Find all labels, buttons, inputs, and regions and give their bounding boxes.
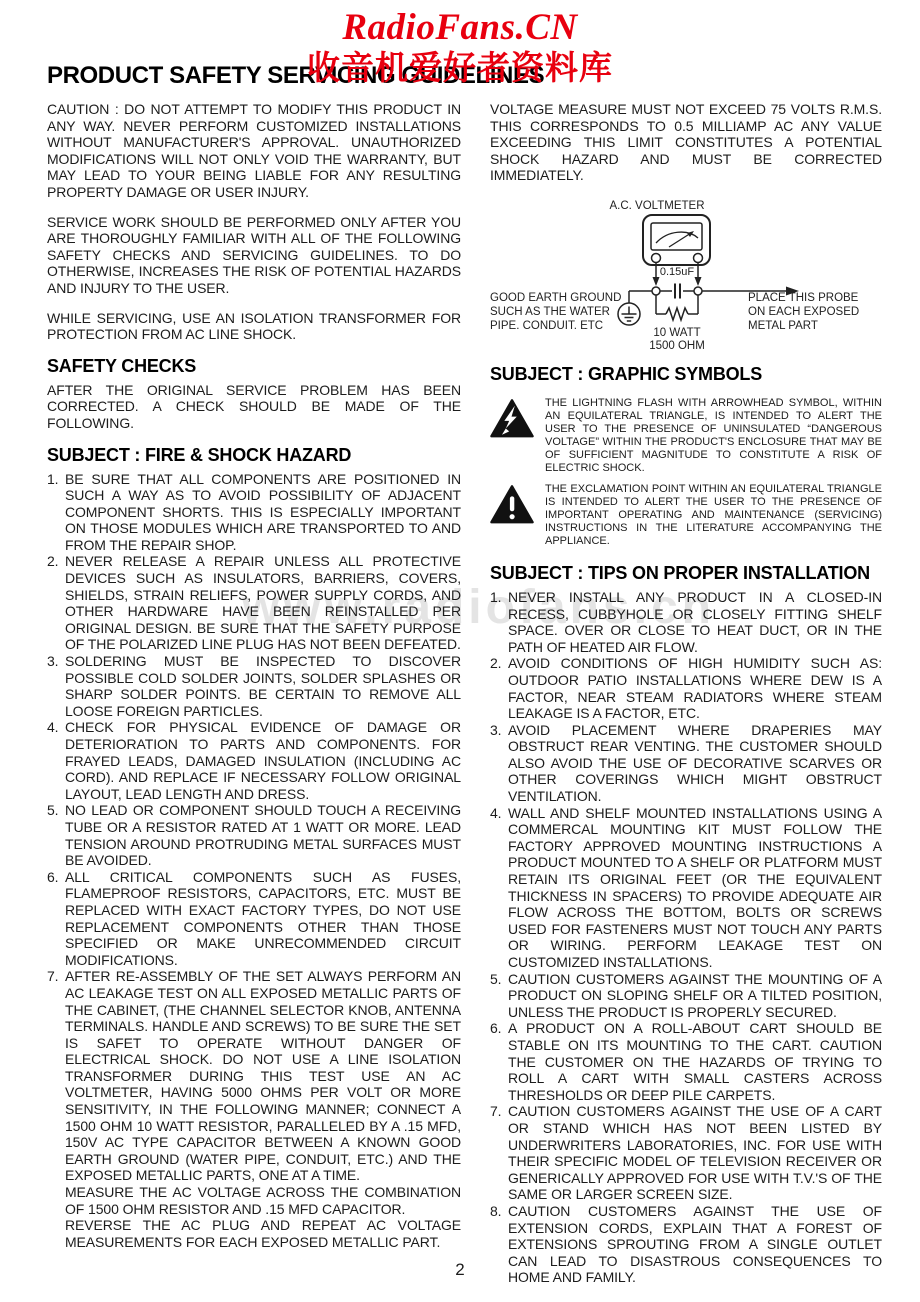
list-item: 5. CAUTION CUSTOMERS AGAINST THE MOUNTIN… [490,971,882,1021]
exclamation-symbol-text: THE EXCLAMATION POINT WITHIN AN EQUILATE… [545,483,882,548]
safety-checks-body: AFTER THE ORIGINAL SERVICE PROBLEM HAS B… [47,382,461,432]
capacitor-label: 0.15uF [660,266,695,278]
list-item: 6. ALL CRITICAL COMPONENTS SUCH AS FUSES… [47,869,461,969]
graphic-symbols-heading: SUBJECT : GRAPHIC SYMBOLS [490,364,882,385]
fire-shock-heading: SUBJECT : FIRE & SHOCK HAZARD [47,445,461,466]
item-text: A PRODUCT ON A ROLL-ABOUT CART SHOULD BE… [508,1020,882,1103]
ground-label: SUCH AS THE WATER [490,306,610,318]
item-text: NEVER INSTALL ANY PRODUCT IN A CLOSED-IN… [508,589,882,655]
fire-shock-list: 1. BE SURE THAT ALL COMPONENTS ARE POSIT… [47,471,461,1251]
item-number: 5. [490,971,501,988]
item-text: SOLDERING MUST BE INSPECTED TO DISCOVER … [65,653,461,719]
item-text: CAUTION CUSTOMERS AGAINST THE MOUNTING O… [508,971,882,1021]
ac-leakage-test-diagram: A.C. VOLTMETER [490,197,882,362]
graphic-symbol-entry: THE LIGHTNING FLASH WITH ARROWHEAD SYMBO… [490,397,882,474]
item-number: 4. [47,719,58,736]
list-item: 3. SOLDERING MUST BE INSPECTED TO DISCOV… [47,653,461,719]
voltmeter-icon [643,215,710,265]
item-number: 1. [490,589,501,606]
list-item: 1. NEVER INSTALL ANY PRODUCT IN A CLOSED… [490,589,882,655]
item-text-extra: REVERSE THE AC PLUG AND REPEAT AC VOLTAG… [65,1217,461,1250]
down-arrow-icon [653,277,660,286]
list-item: 1. BE SURE THAT ALL COMPONENTS ARE POSIT… [47,471,461,554]
probe-label: METAL PART [748,320,818,332]
item-text: BE SURE THAT ALL COMPONENTS ARE POSITION… [65,471,461,554]
diagram-title: A.C. VOLTMETER [610,200,705,212]
list-item: 6. A PRODUCT ON A ROLL-ABOUT CART SHOULD… [490,1020,882,1103]
list-item: 7. AFTER RE-ASSEMBLY OF THE SET ALWAYS P… [47,968,461,1250]
item-number: 6. [47,869,58,886]
down-arrow-icon [695,277,702,286]
service-work-paragraph: SERVICE WORK SHOULD BE PERFORMED ONLY AF… [47,214,461,297]
item-text: AVOID CONDITIONS OF HIGH HUMIDITY SUCH A… [508,655,882,721]
chinese-watermark: 收音机爱好者资料库 [0,42,920,89]
item-text: WALL AND SHELF MOUNTED INSTALLATIONS USI… [508,805,882,971]
list-item: 3. AVOID PLACEMENT WHERE DRAPERIES MAY O… [490,722,882,805]
item-text: AFTER RE-ASSEMBLY OF THE SET ALWAYS PERF… [65,968,461,1184]
item-number: 2. [490,655,501,672]
caution-paragraph: CAUTION : DO NOT ATTEMPT TO MODIFY THIS … [47,101,461,201]
item-number: 2. [47,553,58,570]
item-number: 6. [490,1020,501,1037]
item-number: 4. [490,805,501,822]
exclamation-triangle-icon [490,483,534,548]
list-item: 4. CHECK FOR PHYSICAL EVIDENCE OF DAMAGE… [47,719,461,802]
earth-ground-icon [618,303,640,325]
item-number: 7. [490,1103,501,1120]
left-column: CAUTION : DO NOT ATTEMPT TO MODIFY THIS … [47,101,461,1250]
resistor-label: 10 WATT [653,327,700,339]
right-column: VOLTAGE MEASURE MUST NOT EXCEED 75 VOLTS… [490,101,882,1286]
list-item: 4. WALL AND SHELF MOUNTED INSTALLATIONS … [490,805,882,971]
voltage-paragraph: VOLTAGE MEASURE MUST NOT EXCEED 75 VOLTS… [490,101,882,184]
lightning-triangle-icon [490,397,534,474]
item-text: CHECK FOR PHYSICAL EVIDENCE OF DAMAGE OR… [65,719,461,802]
graphic-symbol-entry: THE EXCLAMATION POINT WITHIN AN EQUILATE… [490,483,882,548]
voltmeter-circuit-diagram: A.C. VOLTMETER [490,197,882,357]
tips-heading: SUBJECT : TIPS ON PROPER INSTALLATION [490,563,882,584]
tips-list: 1. NEVER INSTALL ANY PRODUCT IN A CLOSED… [490,589,882,1286]
item-number: 7. [47,968,58,985]
service-manual-page: RadioFans.CN 收音机爱好者资料库 www.radiofans.cn … [0,0,920,1302]
resistor-label: 1500 OHM [649,340,705,352]
safety-checks-heading: SAFETY CHECKS [47,356,461,377]
item-number: 5. [47,802,58,819]
isolation-paragraph: WHILE SERVICING, USE AN ISOLATION TRANSF… [47,310,461,343]
lightning-symbol-text: THE LIGHTNING FLASH WITH ARROWHEAD SYMBO… [545,397,882,474]
page-number: 2 [0,1260,920,1280]
item-text: NEVER RELEASE A REPAIR UNLESS ALL PROTEC… [65,553,461,653]
probe-label: PLACE THIS PROBE [748,292,859,304]
item-number: 3. [490,722,501,739]
list-item: 7. CAUTION CUSTOMERS AGAINST THE USE OF … [490,1103,882,1203]
list-item: 2. NEVER RELEASE A REPAIR UNLESS ALL PRO… [47,553,461,653]
item-text: ALL CRITICAL COMPONENTS SUCH AS FUSES, F… [65,869,461,969]
item-text-extra: MEASURE THE AC VOLTAGE ACROSS THE COMBIN… [65,1184,461,1217]
item-text: CAUTION CUSTOMERS AGAINST THE USE OF A C… [508,1103,882,1203]
item-number: 1. [47,471,58,488]
list-item: 2. AVOID CONDITIONS OF HIGH HUMIDITY SUC… [490,655,882,721]
probe-label: ON EACH EXPOSED [748,306,859,318]
ground-label: GOOD EARTH GROUND [490,292,621,304]
item-text: NO LEAD OR COMPONENT SHOULD TOUCH A RECE… [65,802,461,868]
item-number: 3. [47,653,58,670]
ground-label: PIPE. CONDUIT. ETC [490,320,603,332]
list-item: 5. NO LEAD OR COMPONENT SHOULD TOUCH A R… [47,802,461,868]
resistor-icon [666,308,688,320]
item-number: 8. [490,1203,501,1220]
item-text: AVOID PLACEMENT WHERE DRAPERIES MAY OBST… [508,722,882,805]
